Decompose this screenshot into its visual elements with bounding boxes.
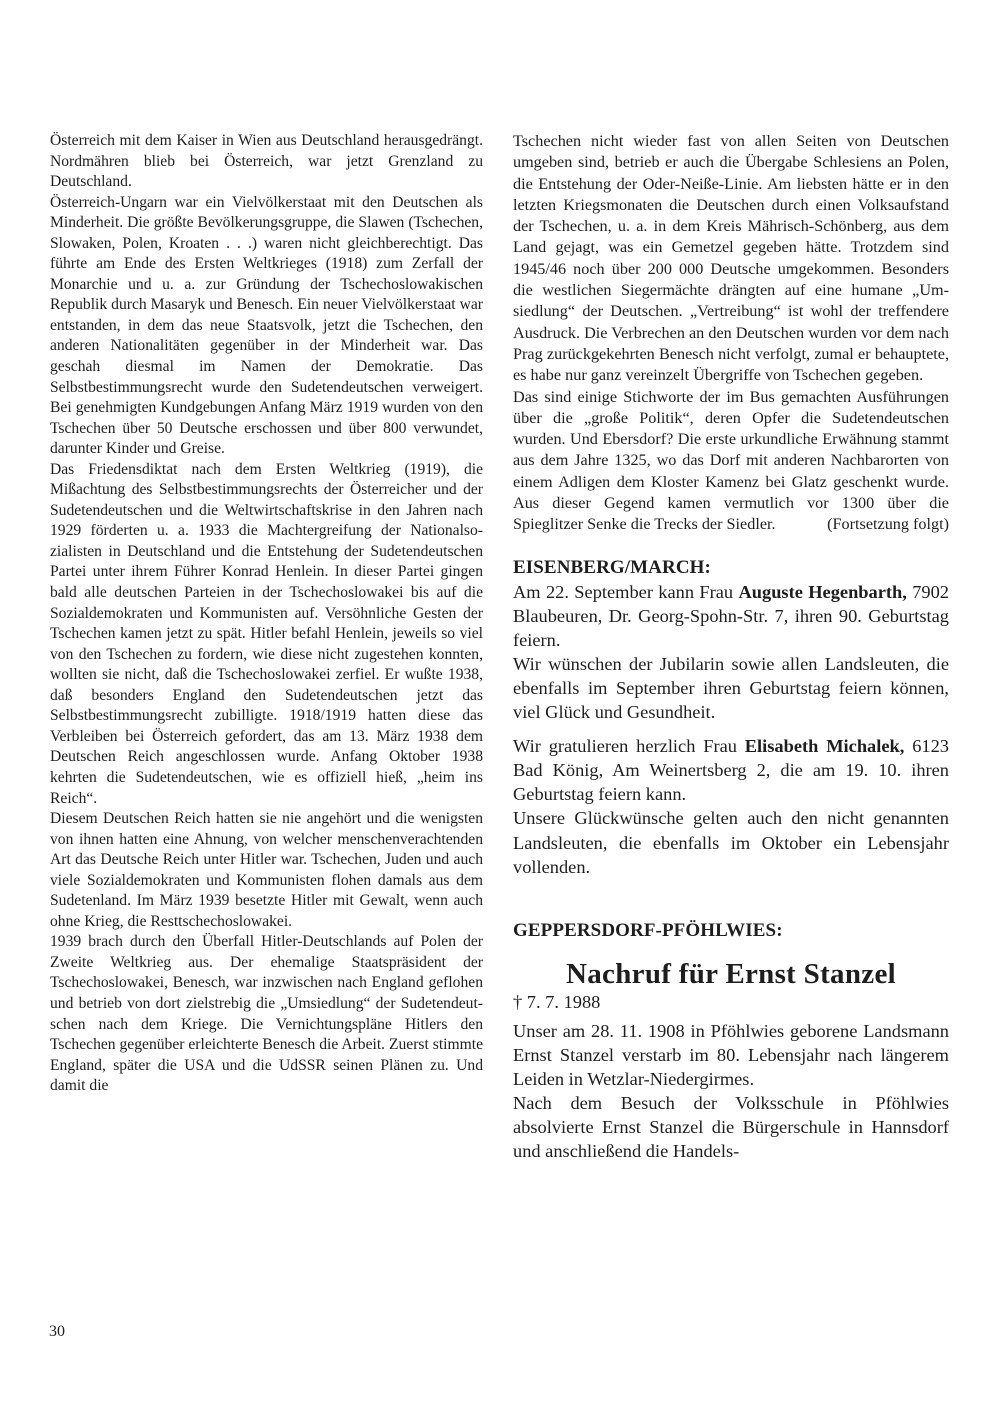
person-name: Auguste Hegen­barth, — [739, 582, 907, 602]
paragraph: Nach dem Besuch der Volksschule in Pföhl… — [513, 1091, 949, 1163]
person-name: Elisabeth Micha­lek, — [745, 736, 905, 756]
text: Wir gratulieren herzlich Frau — [513, 736, 745, 756]
paragraph: Unsere Glückwünsche gelten auch den nich… — [513, 806, 949, 878]
right-column: Tschechen nicht wieder fast von allen Se… — [513, 131, 949, 1163]
obituary-date: † 7. 7. 1988 — [513, 991, 949, 1013]
paragraph: Österreich mit dem Kaiser in Wien aus De… — [50, 131, 483, 193]
section-geppersdorf: GEPPERSDORF-PFÖHLWIES: Nachruf für Ernst… — [513, 919, 949, 1164]
section-heading: EISENBERG/MARCH: — [513, 556, 949, 580]
paragraph: Tschechen nicht wieder fast von allen Se… — [513, 131, 949, 387]
page-number: 30 — [49, 1323, 65, 1341]
left-column: Österreich mit dem Kaiser in Wien aus De… — [50, 131, 483, 1097]
obituary-title: Nachruf für Ernst Stanzel — [513, 957, 949, 991]
paragraph: Wir gratulieren herzlich Frau Elisabeth … — [513, 734, 949, 806]
article-continuation: Tschechen nicht wieder fast von allen Se… — [513, 131, 949, 536]
section-heading: GEPPERSDORF-PFÖHLWIES: — [513, 919, 949, 943]
paragraph: Das Friedensdiktat nach dem Ersten Weltk… — [50, 460, 483, 809]
paragraph: Am 22. September kann Frau Auguste Hegen… — [513, 580, 949, 652]
paragraph: Österreich-Ungarn war ein Vielvölkerstaa… — [50, 193, 483, 460]
paragraph: 1939 brach durch den Überfall Hitler-Deu… — [50, 932, 483, 1096]
paragraph: Wir wünschen der Jubilarin sowie allen L… — [513, 652, 949, 724]
text: Am 22. September kann Frau — [513, 582, 739, 602]
paragraph: Das sind einige Stichworte der im Bus ge… — [513, 387, 949, 536]
section-eisenberg: EISENBERG/MARCH: Am 22. September kann F… — [513, 556, 949, 879]
paragraph: Diesem Deutschen Reich hatten sie nie an… — [50, 809, 483, 932]
paragraph: Unser am 28. 11. 1908 in Pföhlwies gebor… — [513, 1019, 949, 1091]
